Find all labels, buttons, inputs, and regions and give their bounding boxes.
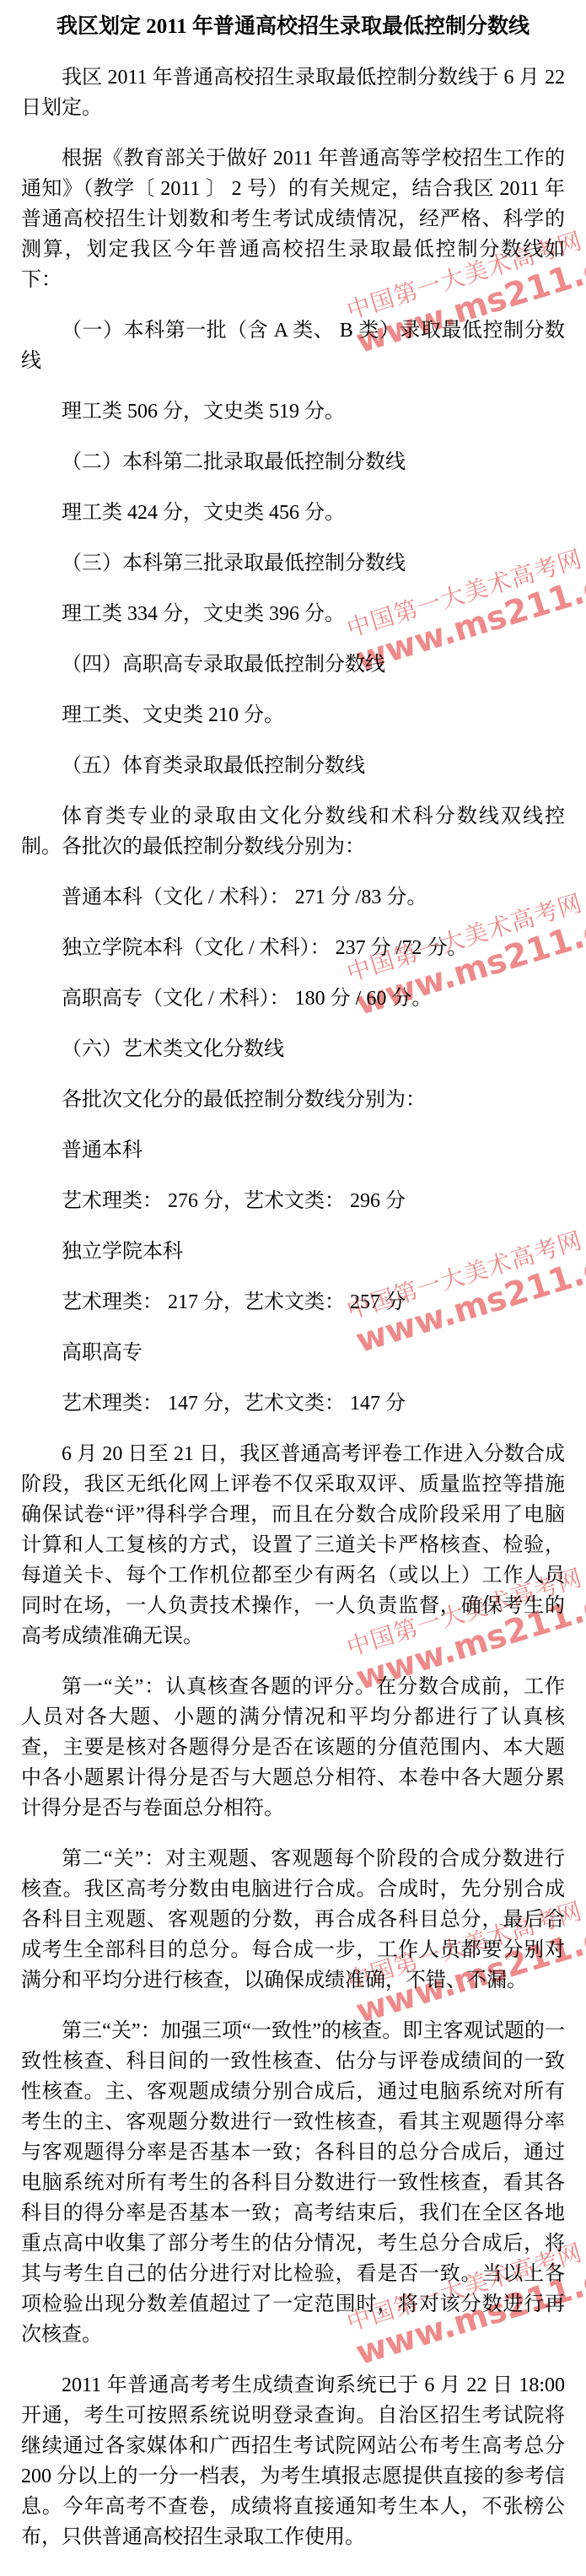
scores-art-independent: 艺术理类： 217 分，艺术文类： 257 分	[21, 1287, 565, 1318]
label-art-vocational: 高职高专	[21, 1338, 565, 1368]
scores-batch1: 理工类 506 分，文史类 519 分。	[21, 396, 565, 427]
paragraph-basis: 根据《教育部关于做好 2011 年普通高等学校招生工作的通知》（教学〔 2011…	[21, 143, 565, 295]
scores-batch2: 理工类 424 分，文史类 456 分。	[21, 498, 565, 528]
scores-sports-independent: 独立学院本科（文化 / 术科）： 237 分 /72 分。	[21, 933, 565, 963]
paragraph-check2: 第二“关”：对主观题、客观题每个阶段的合成分数进行核查。我区高考分数由电脑进行合…	[21, 1844, 565, 1996]
section-heading-batch1: （一）本科第一批（含 A 类、 B 类）录取最低控制分数线	[21, 315, 565, 376]
scores-art-regular: 艺术理类： 276 分，艺术文类： 296 分	[21, 1186, 565, 1216]
label-art-regular: 普通本科	[21, 1135, 565, 1166]
scores-sports-vocational: 高职高专（文化 / 术科）： 180 分 / 60 分。	[21, 984, 565, 1014]
paragraph-score-synthesis: 6 月 20 日至 21 日，我区普通高考评卷工作进入分数合成阶段，我区无纸化网…	[21, 1439, 565, 1652]
paragraph-art-intro: 各批次文化分的最低控制分数线分别为：	[21, 1085, 565, 1115]
scores-batch3: 理工类 334 分，文史类 396 分。	[21, 599, 565, 629]
paragraph-sports-intro: 体育类专业的录取由文化分数线和术科分数线双线控制。各批次的最低控制分数线分别为：	[21, 801, 565, 862]
document-page: { "document": { "title": "我区划定 2011 年普通高…	[0, 0, 586, 2576]
paragraph-check1: 第一“关”：认真核查各题的评分。在分数合成前，工作人员对各大题、小题的满分情况和…	[21, 1672, 565, 1824]
section-heading-vocational: （四）高职高专录取最低控制分数线	[21, 649, 565, 680]
paragraph-check3: 第三“关”：加强三项“一致性”的核查。即主客观试题的一致性核查、科目间的一致性核…	[21, 2016, 565, 2350]
section-heading-batch3: （三）本科第三批录取最低控制分数线	[21, 548, 565, 579]
section-heading-art: （六）艺术类文化分数线	[21, 1034, 565, 1064]
section-heading-sports: （五）体育类录取最低控制分数线	[21, 751, 565, 781]
scores-sports-regular: 普通本科（文化 / 术科）： 271 分 /83 分。	[21, 882, 565, 913]
document-title: 我区划定 2011 年普通高校招生录取最低控制分数线	[21, 12, 565, 42]
paragraph-query-system: 2011 年普通高考考生成绩查询系统已于 6 月 22 日 18:00 开通，考…	[21, 2370, 565, 2552]
label-art-independent: 独立学院本科	[21, 1237, 565, 1267]
scores-vocational: 理工类、文史类 210 分。	[21, 700, 565, 730]
paragraph-intro-date: 我区 2011 年普通高校招生录取最低控制分数线于 6 月 22 日划定。	[21, 62, 565, 123]
scores-art-vocational: 艺术理类： 147 分，艺术文类： 147 分	[21, 1388, 565, 1419]
section-heading-batch2: （二）本科第二批录取最低控制分数线	[21, 447, 565, 477]
document-content: 我区划定 2011 年普通高校招生录取最低控制分数线 我区 2011 年普通高校…	[0, 0, 586, 2552]
